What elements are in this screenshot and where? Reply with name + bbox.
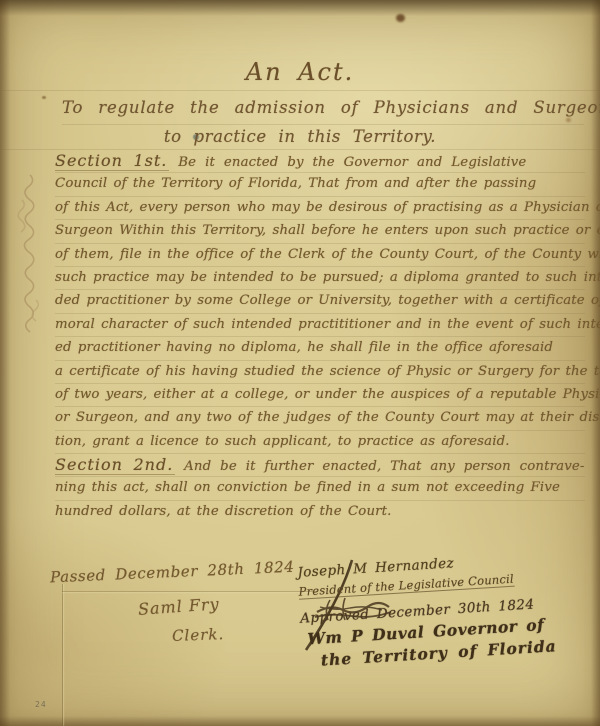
paper-bottom-edge [0,716,600,726]
section2-opening-text: And be it further enacted, That any pers… [184,459,584,474]
body-line: of this Act, every person who may be des… [55,197,585,220]
clerk-signature: Saml Fry [137,594,220,619]
page-number: 24 [35,700,47,709]
body-line: tion, grant a licence to such applicant,… [55,431,585,454]
section1-opening-line: Section 1st. Be it enacted by the Govern… [55,150,585,173]
body-line: or Surgeon, and any two of the judges of… [55,407,585,430]
section2-label: Section 2nd. [55,455,175,475]
paper-top-edge [0,0,600,16]
passed-date-line: Passed December 28th 1824 [50,558,295,587]
paper-crease-horizontal [62,591,314,592]
body-line: a certificate of his having studied the … [55,361,585,384]
body-line: Council of the Territory of Florida, Tha… [55,173,585,196]
act-body: Section 1st. Be it enacted by the Govern… [55,150,585,523]
act-title: An Act. [0,58,600,91]
section2-opening-line: Section 2nd. And be it further enacted, … [55,454,585,477]
ink-stain [396,14,405,22]
margin-docket-scribble [18,175,38,332]
clerk-title: Clerk. [172,625,225,645]
body-line: of two years, either at a college, or un… [55,384,585,407]
section1-label: Section 1st. [55,151,169,171]
body-line: such practice may be intended to be purs… [55,267,585,290]
section1-opening-text: Be it enacted by the Governor and Legisl… [178,155,526,170]
ink-stain [42,96,46,99]
body-line: moral character of such intended practit… [55,314,585,337]
act-subtitle-line2: to practice in this Territory. [0,127,600,150]
body-line: Surgeon Within this Territory, shall bef… [55,220,585,243]
body-line: ded practitioner by some College or Univ… [55,290,585,313]
body-line: ning this act, shall on conviction be fi… [55,477,585,500]
body-line: ed practitioner having no diploma, he sh… [55,337,585,360]
paper-left-edge [0,0,10,726]
body-line: of them, file in the office of the Clerk… [55,244,585,267]
manuscript-page: An Act. To regulate the admission of Phy… [0,0,600,726]
paper-crease-vertical [62,584,63,726]
body-line: hundred dollars, at the discretion of th… [55,501,585,523]
act-subtitle-line1: To regulate the admission of Physicians … [62,98,584,125]
approval-signature-block: Joseph M Hernandez President of the Legi… [297,549,557,670]
